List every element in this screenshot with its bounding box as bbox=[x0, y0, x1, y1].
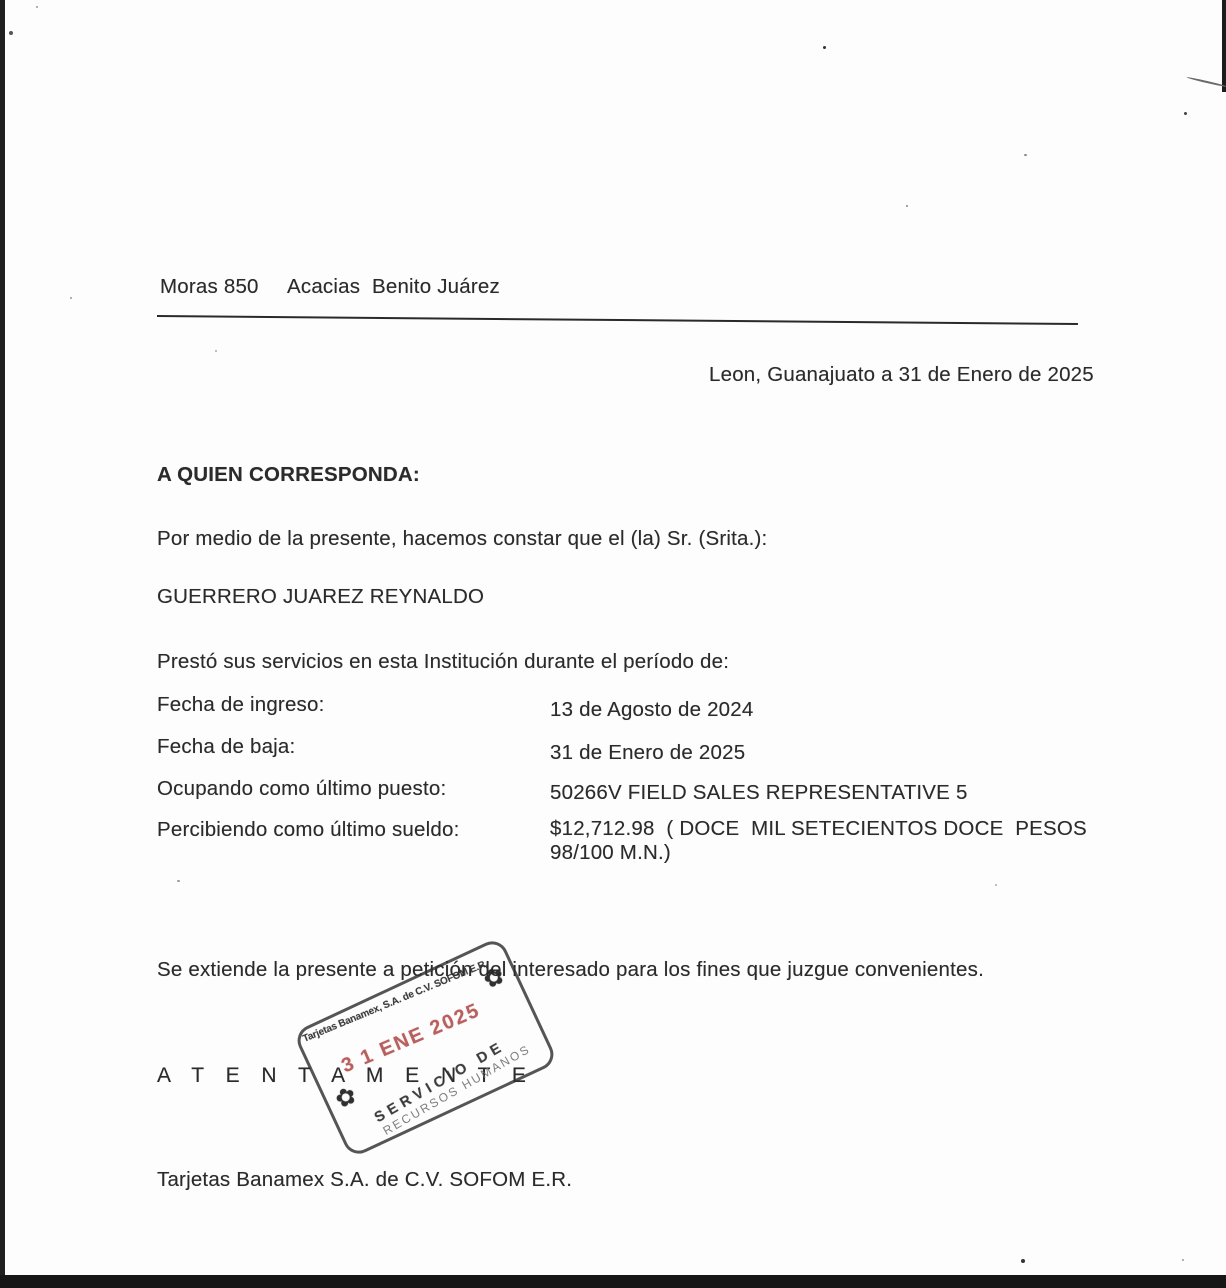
employee-name: GUERRERO JUAREZ REYNALDO bbox=[157, 584, 484, 609]
scan-speck bbox=[70, 297, 72, 299]
scan-curve-artifact bbox=[1186, 76, 1226, 87]
scan-speck bbox=[36, 6, 38, 8]
field-value-fecha-ingreso: 13 de Agosto de 2024 bbox=[550, 697, 754, 722]
scan-edge-right-top bbox=[1222, 0, 1226, 92]
banamex-flower-icon: ✿ bbox=[479, 961, 509, 996]
header-address: Moras 850 Acacias Benito Juárez bbox=[160, 274, 500, 299]
field-value-ultimo-sueldo-line2: 98/100 M.N.) bbox=[550, 840, 671, 865]
field-value-ultimo-puesto: 50266V FIELD SALES REPRESENTATIVE 5 bbox=[550, 780, 968, 805]
scan-speck bbox=[995, 884, 997, 886]
field-label-fecha-ingreso: Fecha de ingreso: bbox=[157, 692, 325, 717]
closing-line: Se extiende la presente a petición del i… bbox=[157, 957, 984, 982]
banamex-flower-icon: ✿ bbox=[331, 1080, 361, 1115]
field-label-ultimo-puesto: Ocupando como último puesto: bbox=[157, 776, 446, 801]
scanned-letter-page: Moras 850 Acacias Benito Juárez Leon, Gu… bbox=[0, 0, 1226, 1288]
company-name: Tarjetas Banamex S.A. de C.V. SOFOM E.R. bbox=[157, 1167, 572, 1192]
scan-speck bbox=[9, 31, 13, 35]
intro-paragraph: Por medio de la presente, hacemos consta… bbox=[157, 526, 767, 551]
scan-edge-bottom bbox=[0, 1275, 1226, 1288]
scan-speck bbox=[177, 880, 180, 882]
scan-speck bbox=[1021, 1259, 1025, 1263]
scan-speck bbox=[1184, 112, 1187, 115]
field-label-ultimo-sueldo: Percibiendo como último sueldo: bbox=[157, 817, 459, 842]
field-value-ultimo-sueldo-line1: $12,712.98 ( DOCE MIL SETECIENTOS DOCE P… bbox=[550, 816, 1087, 841]
scan-speck bbox=[1182, 1259, 1184, 1261]
scan-speck bbox=[823, 46, 826, 49]
scan-speck bbox=[215, 350, 217, 352]
stamp-recursos-text: RECURSOS HUMANOS bbox=[381, 1042, 533, 1138]
header-divider-line bbox=[157, 315, 1078, 325]
field-value-fecha-baja: 31 de Enero de 2025 bbox=[550, 740, 745, 765]
field-label-fecha-baja: Fecha de baja: bbox=[157, 734, 295, 759]
scan-speck bbox=[906, 205, 908, 207]
dateline: Leon, Guanajuato a 31 de Enero de 2025 bbox=[709, 362, 1090, 387]
scan-speck bbox=[1024, 154, 1027, 156]
salutation: A QUIEN CORRESPONDA: bbox=[157, 462, 420, 487]
scan-edge-left bbox=[0, 0, 5, 1288]
service-period-line: Prestó sus servicios en esta Institución… bbox=[157, 649, 729, 674]
